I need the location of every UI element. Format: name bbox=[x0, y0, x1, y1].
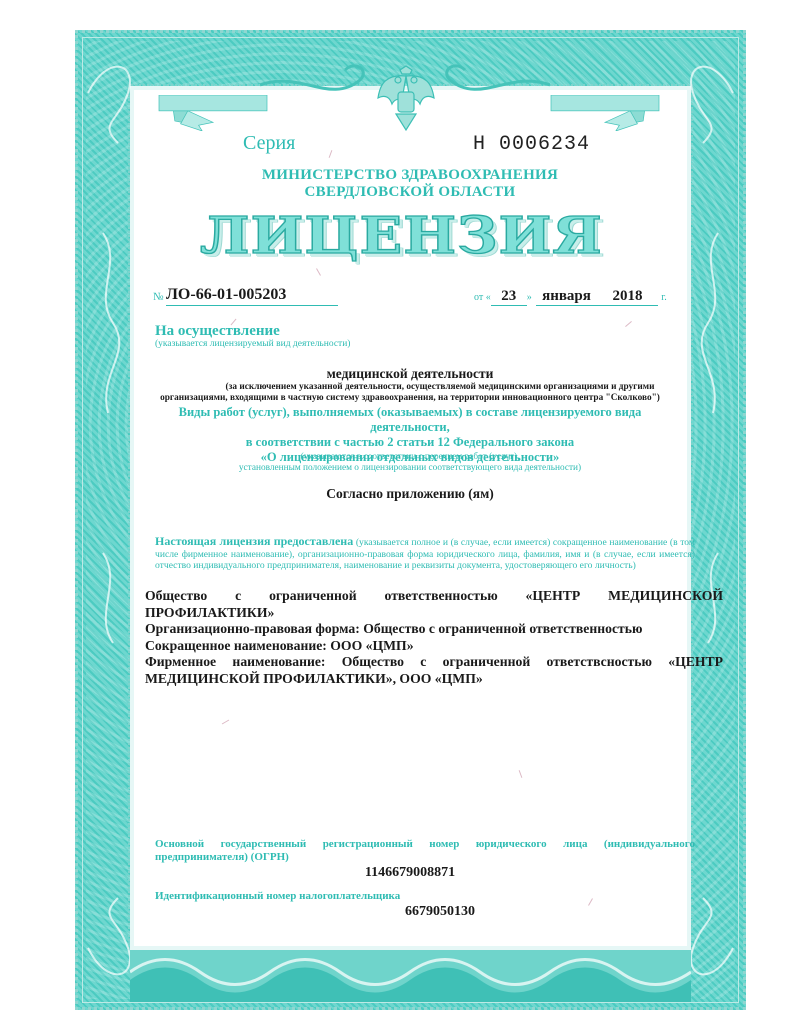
works-note-line-2: установленным положением о лицензировани… bbox=[140, 463, 680, 474]
date-year: 2018 bbox=[598, 288, 658, 306]
issuing-authority: МИНИСТЕРСТВО ЗДРАВООХРАНЕНИЯ СВЕРДЛОВСКО… bbox=[220, 167, 600, 201]
works-line-2: в соответствии с частью 2 статьи 12 Феде… bbox=[140, 435, 680, 450]
org-brand-name-line-1: Фирменное наименование: Общество с огран… bbox=[145, 654, 723, 671]
org-brand-name-line-2: МЕДИЦИНСКОЙ ПРОФИЛАКТИКИ», ООО «ЦМП» bbox=[145, 671, 723, 688]
exclusion-line-1: (за исключением указанной деятельности, … bbox=[140, 382, 680, 393]
granted-to-block: Настоящая лицензия предоставлена (указыв… bbox=[155, 536, 695, 572]
date-day: 23 bbox=[491, 288, 527, 306]
date-prefix: от « bbox=[474, 292, 491, 303]
series-number: Н 0006234 bbox=[473, 133, 590, 156]
organization-details: Общество с ограниченной ответственностью… bbox=[145, 588, 723, 687]
implementation-heading: На осуществление bbox=[155, 323, 280, 340]
coat-of-arms-emblem bbox=[376, 64, 436, 132]
right-ribbon-ornament bbox=[530, 95, 680, 131]
license-number: ЛО-66-01-005203 bbox=[166, 286, 338, 306]
date-suffix: г. bbox=[661, 292, 666, 303]
works-note: (указываются в соответствии с перечнем р… bbox=[140, 452, 680, 474]
works-note-line-1: (указываются в соответствии с перечнем р… bbox=[140, 452, 680, 463]
ogrn-label: Основной государственный регистрационный… bbox=[155, 838, 695, 864]
activity-exclusion: (за исключением указанной деятельности, … bbox=[140, 382, 680, 404]
inn-value: 6679050130 bbox=[140, 904, 710, 920]
date-quote-close: » bbox=[527, 292, 532, 303]
implementation-note: (указывается лицензируемый вид деятельно… bbox=[155, 339, 350, 349]
works-value: Согласно приложению (ям) bbox=[140, 486, 680, 502]
document-title: ЛИЦЕНЗИЯ bbox=[200, 206, 600, 265]
licensed-activity: медицинской деятельности bbox=[140, 366, 680, 382]
org-full-name-line-2: ПРОФИЛАКТИКИ» bbox=[145, 605, 723, 622]
date-month: января bbox=[536, 288, 598, 306]
granted-to-heading: Настоящая лицензия предоставлена bbox=[155, 534, 353, 548]
license-number-prefix: № bbox=[153, 291, 164, 303]
org-full-name-line-1: Общество с ограниченной ответственностью… bbox=[145, 588, 723, 605]
issuer-line-1: МИНИСТЕРСТВО ЗДРАВООХРАНЕНИЯ bbox=[220, 167, 600, 184]
issuer-line-2: СВЕРДЛОВСКОЙ ОБЛАСТИ bbox=[220, 184, 600, 201]
series-label: Серия bbox=[243, 132, 295, 155]
inn-label: Идентификационный номер налогоплательщик… bbox=[155, 890, 400, 902]
bottom-ornament-band bbox=[130, 950, 691, 1002]
issue-date: от «23» января2018 г. bbox=[474, 288, 667, 306]
ogrn-value: 1146679008871 bbox=[140, 865, 680, 881]
org-legal-form: Организационно-правовая форма: Общество … bbox=[145, 621, 723, 638]
org-short-name: Сокращенное наименование: ООО «ЦМП» bbox=[145, 638, 723, 655]
exclusion-line-2: организациями, входящими в частную систе… bbox=[140, 393, 680, 404]
works-line-1: Виды работ (услуг), выполняемых (оказыва… bbox=[140, 405, 680, 435]
